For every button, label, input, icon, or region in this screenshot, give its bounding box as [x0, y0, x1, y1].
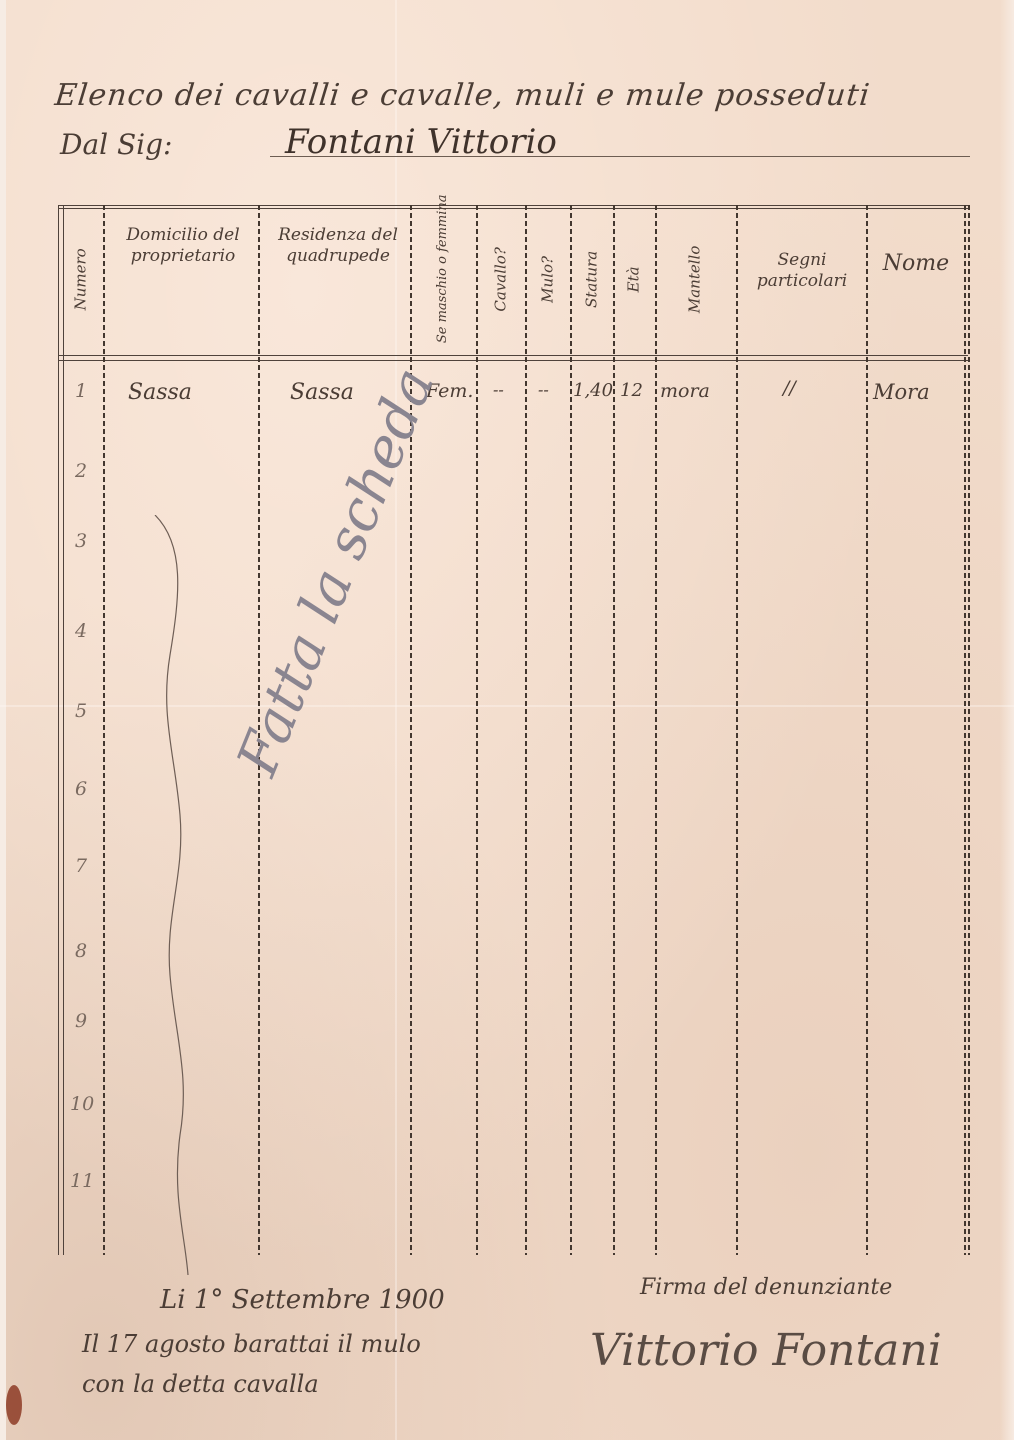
ink-stain [6, 1385, 22, 1425]
document-date: Li 1° Settembre 1900 [160, 1285, 445, 1315]
column-divider [736, 205, 738, 1255]
cell-cavallo: -- [493, 380, 504, 399]
header-mulo: Mulo? [539, 234, 558, 324]
note-line-2: con la detta cavalla [82, 1370, 319, 1398]
cell-mantello: mora [660, 380, 710, 402]
column-divider [476, 205, 478, 1255]
row-number: 5 [75, 700, 87, 722]
note-line-1: Il 17 agosto barattai il mulo [82, 1330, 421, 1358]
row-number: 7 [75, 855, 87, 877]
column-divider [613, 205, 615, 1255]
owner-prefix: Dal Sig: [60, 128, 173, 161]
row-number: 3 [75, 530, 87, 552]
column-divider [570, 205, 572, 1255]
column-divider [525, 205, 527, 1255]
cell-eta: 12 [620, 380, 643, 401]
row-number: 8 [75, 940, 87, 962]
header-segni: Segni particolari [740, 250, 864, 293]
row-number: 2 [75, 460, 87, 482]
header-sesso: Se maschio o femmina [435, 213, 451, 343]
header-residenza: Residenza del quadrupede [268, 225, 408, 268]
header-separator [58, 355, 968, 356]
header-domicilio: Domicilio del proprietario [113, 225, 253, 268]
cell-nome: Mora [873, 380, 930, 404]
cell-statura: 1,40 [573, 380, 613, 401]
column-divider [63, 205, 64, 1255]
cell-residenza: Sassa [290, 380, 354, 405]
header-mantello: Mantello [686, 234, 705, 324]
row-number: 10 [70, 1093, 94, 1115]
row-number: 1 [75, 380, 87, 402]
table-top-border [58, 208, 968, 209]
header-cavallo: Cavallo? [492, 234, 511, 324]
signature: Vittorio Fontani [590, 1325, 942, 1376]
header-eta: Età [625, 234, 644, 324]
column-divider [866, 205, 868, 1255]
column-divider [58, 205, 59, 1255]
cell-segni: // [783, 377, 796, 399]
signature-label: Firma del denunziante [640, 1275, 892, 1300]
row-number: 9 [75, 1010, 87, 1032]
document-title: Elenco dei cavalli e cavalle, muli e mul… [53, 78, 872, 113]
column-divider [103, 205, 105, 1255]
column-divider [410, 205, 412, 1255]
owner-underline [270, 156, 970, 157]
column-divider [655, 205, 657, 1255]
column-divider [968, 205, 970, 1255]
paper-edge [0, 0, 6, 1440]
paper-edge [1000, 0, 1014, 1440]
cell-domicilio: Sassa [128, 380, 192, 405]
header-nome: Nome [870, 250, 962, 278]
row-number: 4 [75, 620, 87, 642]
column-divider [964, 205, 966, 1255]
table-top-border [58, 205, 968, 206]
row-number: 11 [70, 1170, 94, 1192]
cell-mulo: -- [538, 380, 549, 399]
header-separator [58, 360, 968, 361]
row-number: 6 [75, 778, 87, 800]
wavy-line-mark [150, 515, 210, 1275]
header-statura: Statura [583, 234, 602, 324]
header-numero: Numero [72, 234, 91, 324]
